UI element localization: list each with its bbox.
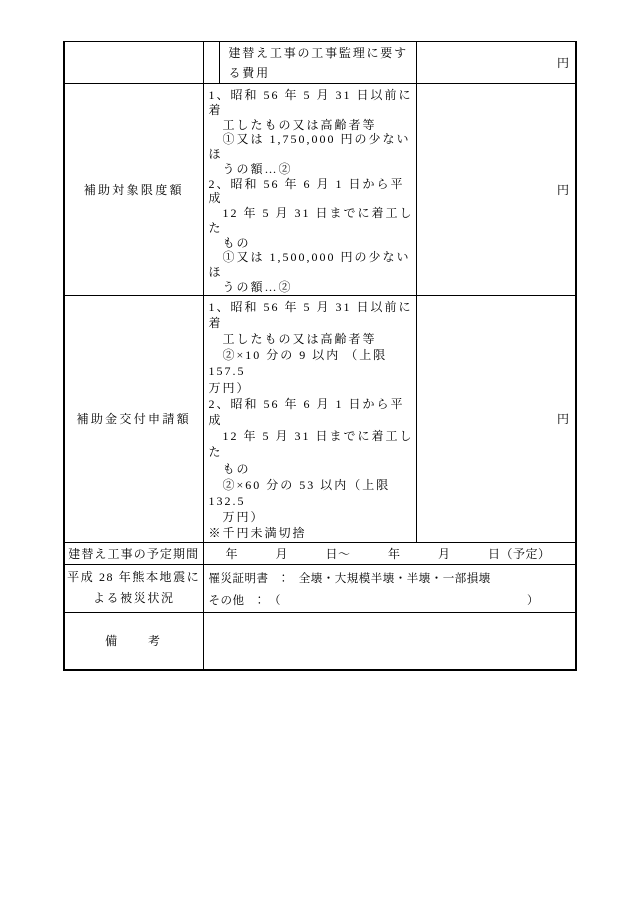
remarks-row: 備 考 [64,612,576,670]
damage-certificate-line: 罹災証明書 ： 全壊・大規模半壊・半壊・一部損壊 [209,568,576,590]
construction-period-row: 建替え工事の予定期間 年 月 日～ 年 月 日（予定） [64,542,576,564]
period-date-field: 年 月 日～ 年 月 日（予定） [203,542,576,564]
damage-row-label: 平成 28 年熊本地震に よる被災状況 [64,564,203,612]
application-description: 1、昭和 56 年 5 月 31 日以前に着 工したもの又は高齢者等 ②×10 … [203,295,416,542]
limit-amount-row: 補助対象限度額 1、昭和 56 年 5 月 31 日以前に着 工したもの又は高齢… [64,84,576,296]
supervision-sub-cell [203,42,219,84]
damage-other-close: ） [527,590,539,612]
damage-other-line: その他 ： （ ） [209,590,576,612]
document-page: 建替え工事の工事監理に要す る費用 円 補助対象限度額 1、昭和 56 年 5 … [0,0,630,903]
limit-description: 1、昭和 56 年 5 月 31 日以前に着 工したもの又は高齢者等 ①又は 1… [203,84,416,296]
supervision-amount-field: 円 [416,42,576,84]
subsidy-application-table: 建替え工事の工事監理に要す る費用 円 補助対象限度額 1、昭和 56 年 5 … [63,41,577,671]
application-row-label: 補助金交付申請額 [64,295,203,542]
application-amount-row: 補助金交付申請額 1、昭和 56 年 5 月 31 日以前に着 工したもの又は高… [64,295,576,542]
supervision-description: 建替え工事の工事監理に要す る費用 [219,42,416,84]
damage-detail-cell: 罹災証明書 ： 全壊・大規模半壊・半壊・一部損壊 その他 ： （ ） [203,564,576,612]
damage-other-open: その他 ： （ [209,590,282,612]
period-row-label: 建替え工事の予定期間 [64,542,203,564]
remarks-row-label: 備 考 [64,612,203,670]
damage-status-row: 平成 28 年熊本地震に よる被災状況 罹災証明書 ： 全壊・大規模半壊・半壊・… [64,564,576,612]
limit-row-label: 補助対象限度額 [64,84,203,296]
supervision-label-cell [64,42,203,84]
application-amount-field: 円 [416,295,576,542]
limit-amount-field: 円 [416,84,576,296]
supervision-fee-row: 建替え工事の工事監理に要す る費用 円 [64,42,576,84]
remarks-field [203,612,576,670]
